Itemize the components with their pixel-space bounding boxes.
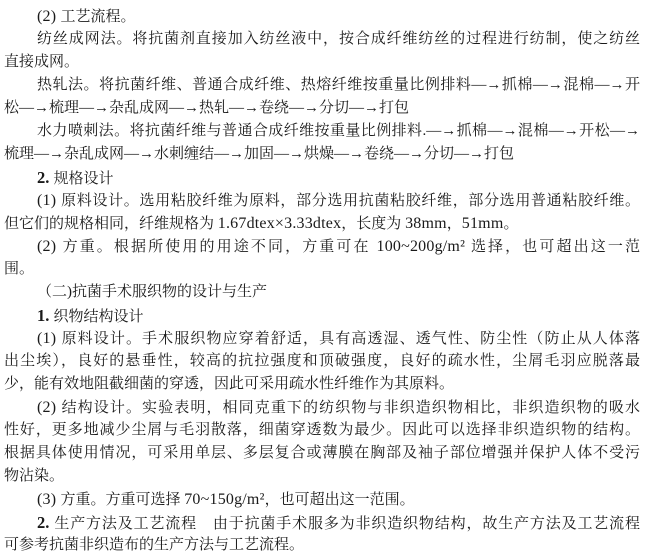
cjk-text: 工艺流程。: [60, 9, 135, 25]
latin-text: (2): [37, 8, 60, 25]
text-line: （二)抗菌手术服织物的设计与生产: [4, 281, 640, 304]
cjk-text: 。: [503, 216, 518, 232]
text-line: (1) 原料设计。手术服织物应穿着舒适，具有高透湿、透气性、防尘性（防止从人体落: [4, 327, 640, 350]
text-line: (2) 方重。根据所使用的用途不同，方重可在 100~200g/m² 选择，也可…: [4, 235, 640, 258]
latin-text: 100~200g/m²: [377, 238, 466, 255]
text-line: 2. 规格设计: [4, 166, 640, 189]
text-line: 2. 生产方法及工艺流程 由于抗菌手术服多为非织造织物结构，故生产方法及工艺流程: [4, 511, 640, 534]
latin-text: 51mm: [462, 215, 504, 232]
text-line: 可参考抗菌非织造布的生产方法与工艺流程。: [4, 534, 640, 557]
text-line: (2) 工艺流程。: [4, 5, 640, 28]
latin-text: (2): [37, 399, 62, 416]
cjk-text: 出尘埃），良好的悬垂性，较高的抗拉强度和顶破强度，良好的疏水性，尘屑毛羽应脱落最: [4, 353, 640, 369]
latin-text: (1): [37, 330, 62, 347]
text-line: (1) 原料设计。选用粘胶纤维为原料，部分选用抗菌粘胶纤维，部分选用普通粘胶纤维…: [4, 189, 640, 212]
text-line: 出尘埃），良好的悬垂性，较高的抗拉强度和顶破强度，良好的疏水性，尘屑毛羽应脱落最: [4, 350, 640, 373]
text-line: 但它们的规格相同，纤维规格为 1.67dtex×3.33dtex，长度为 38m…: [4, 212, 640, 235]
heading-number: 2.: [37, 513, 54, 532]
text-line: 梳理—→杂乱成网—→水刺缠结—→加固—→烘燥—→卷绕—→分切—→打包: [4, 143, 640, 166]
cjk-text: ，: [447, 216, 462, 232]
cjk-text: 围。: [4, 261, 34, 277]
document-body: (2) 工艺流程。纺丝成网法。将抗菌剂直接加入纺丝液中，按合成纤维纺丝的过程进行…: [4, 5, 640, 557]
cjk-text: 选择，也可超出这一范: [465, 239, 640, 255]
cjk-text: 纺丝成网法。将抗菌剂直接加入纺丝液中，按合成纤维纺丝的过程进行纺制，使之纺丝: [37, 31, 640, 47]
cjk-text: 原料设计。手术服织物应穿着舒适，具有高透湿、透气性、防尘性（防止从人体落: [62, 331, 640, 347]
text-line: 物沾染。: [4, 465, 640, 488]
cjk-text: 松—→梳理—→杂乱成网—→热轧—→卷绕—→分切—→打包: [4, 100, 409, 116]
text-line: 根据具体使用情况，可采用单层、多层复合或薄膜在胸部及袖子部位增强并保护人体不受污: [4, 442, 640, 465]
text-line: (2) 结构设计。实验表明，相同克重下的纺织物与非织造织物相比，非织造织物的吸水: [4, 396, 640, 419]
cjk-text: 织物结构设计: [54, 309, 144, 325]
cjk-text: 结构设计。实验表明，相同克重下的纺织物与非织造织物相比，非织造织物的吸水: [62, 400, 640, 416]
cjk-text: 但它们的规格相同，纤维规格为: [4, 216, 218, 232]
cjk-text: 直接成网。: [4, 54, 79, 70]
cjk-text: 方重。方重可选择: [60, 492, 184, 508]
document-page: (2) 工艺流程。纺丝成网法。将抗菌剂直接加入纺丝液中，按合成纤维纺丝的过程进行…: [0, 0, 646, 557]
latin-text: (1): [37, 192, 61, 209]
cjk-text: 性好，更多地减少尘屑与毛羽散落，细菌穿透数为最少。因此可以选择非织造织物的结构。: [4, 422, 640, 438]
text-line: 少，能有效地阻截细菌的穿透，因此可采用疏水性纤维作为其原料。: [4, 373, 640, 396]
latin-text: 1.67dtex×3.33dtex: [218, 215, 342, 232]
cjk-text: 水力喷刺法。将抗菌纤维与普通合成纤维按重量比例排料.—→抓棉—→混棉—→开松—→: [37, 123, 640, 139]
cjk-text: 根据具体使用情况，可采用单层、多层复合或薄膜在胸部及袖子部位增强并保护人体不受污: [4, 445, 640, 461]
text-line: 热轧法。将抗菌纤维、普通合成纤维、热熔纤维按重量比例排料—→抓棉—→混棉—→开: [4, 74, 640, 97]
latin-text: 38mm: [405, 215, 447, 232]
cjk-text: 梳理—→杂乱成网—→水刺缠结—→加固—→烘燥—→卷绕—→分切—→打包: [4, 146, 514, 162]
latin-text: (2): [37, 238, 63, 255]
cjk-text: 少，能有效地阻截细菌的穿透，因此可采用疏水性纤维作为其原料。: [4, 376, 454, 392]
latin-text: 70~150g/m²: [184, 491, 264, 508]
text-line: 性好，更多地减少尘屑与毛羽散落，细菌穿透数为最少。因此可以选择非织造织物的结构。: [4, 419, 640, 442]
text-line: 1. 织物结构设计: [4, 304, 640, 327]
text-line: (3) 方重。方重可选择 70~150g/m²，也可超出这一范围。: [4, 488, 640, 511]
cjk-text: 原料设计。选用粘胶纤维为原料，部分选用抗菌粘胶纤维，部分选用普通粘胶纤维。: [61, 193, 640, 209]
text-line: 纺丝成网法。将抗菌剂直接加入纺丝液中，按合成纤维纺丝的过程进行纺制，使之纺丝: [4, 28, 640, 51]
cjk-text: ，长度为: [341, 216, 405, 232]
text-line: 水力喷刺法。将抗菌纤维与普通合成纤维按重量比例排料.—→抓棉—→混棉—→开松—→: [4, 120, 640, 143]
cjk-text: 物沾染。: [4, 468, 64, 484]
text-line: 直接成网。: [4, 51, 640, 74]
text-line: 围。: [4, 258, 640, 281]
cjk-text: 规格设计: [54, 171, 114, 187]
cjk-text: 热轧法。将抗菌纤维、普通合成纤维、热熔纤维按重量比例排料—→抓棉—→混棉—→开: [37, 77, 640, 93]
cjk-text: 方重。根据所使用的用途不同，方重可在: [63, 239, 377, 255]
heading-number: 1.: [37, 306, 54, 325]
cjk-text: （二)抗菌手术服织物的设计与生产: [37, 284, 267, 300]
cjk-text: 可参考抗菌非织造布的生产方法与工艺流程。: [4, 537, 304, 553]
heading-number: 2.: [37, 168, 54, 187]
text-line: 松—→梳理—→杂乱成网—→热轧—→卷绕—→分切—→打包: [4, 97, 640, 120]
cjk-text: ，也可超出这一范围。: [265, 492, 415, 508]
cjk-text: 生产方法及工艺流程 由于抗菌手术服多为非织造织物结构，故生产方法及工艺流程: [54, 516, 640, 532]
latin-text: (3): [37, 491, 60, 508]
